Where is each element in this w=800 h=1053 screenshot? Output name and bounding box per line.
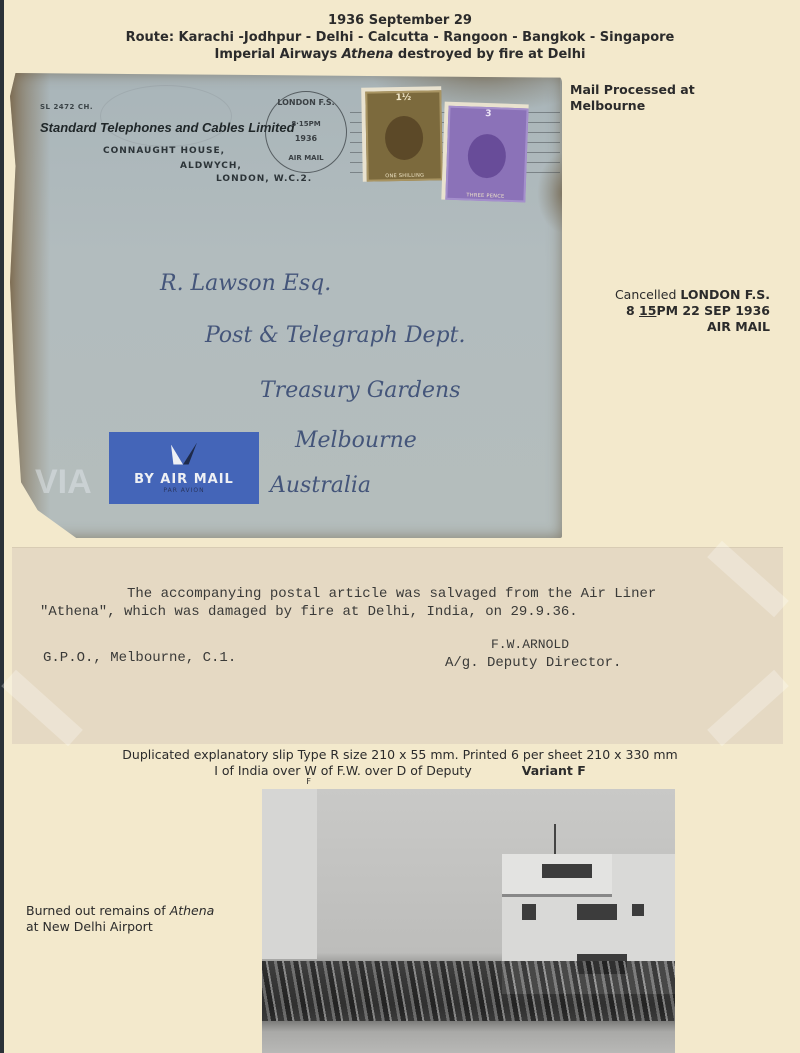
page-header: 1936 September 29 Route: Karachi -Jodhpu…: [100, 12, 700, 63]
airmail-text: BY AIR MAIL: [134, 473, 234, 487]
cancelled-time-prefix: 8: [626, 303, 639, 318]
cancelled-office: LONDON F.S.: [680, 287, 770, 302]
flagpole: [554, 824, 556, 856]
airmail-sub: PAR AVION: [163, 487, 204, 494]
slip-line-2: "Athena", which was damaged by fire at D…: [40, 604, 578, 620]
stamp-one-shilling: 1½ ONE SHILLING: [361, 86, 443, 181]
subtitle-aircraft: Athena: [342, 47, 394, 62]
stamp-label: ONE SHILLING: [385, 173, 424, 180]
slip-caption-line-1: Duplicated explanatory slip Type R size …: [90, 747, 710, 763]
addressee-country: Australia: [270, 473, 371, 498]
stamp-label: THREE PENCE: [466, 192, 504, 199]
slip-title: A/g. Deputy Director.: [445, 655, 621, 671]
addressee-street: Treasury Gardens: [260, 378, 461, 403]
header-route: Route: Karachi -Jodhpur - Delhi - Calcut…: [100, 29, 700, 46]
winged-logo-icon: [100, 85, 232, 147]
addressee-name: R. Lawson Esq.: [160, 271, 331, 296]
mount-corner: [707, 541, 789, 618]
stamp-value: 3: [485, 109, 492, 119]
king-portrait-icon: [467, 133, 507, 178]
cancelled-time-suffix: PM 22 SEP 1936: [656, 303, 770, 318]
subtitle-suffix: destroyed by fire at Delhi: [393, 47, 585, 62]
page-edge: [0, 0, 4, 1053]
addressee-dept: Post & Telegraph Dept.: [205, 323, 465, 348]
caption-prefix: I of India over: [214, 763, 304, 778]
slip-signatory: F.W.ARNOLD: [491, 637, 569, 652]
subtitle-prefix: Imperial Airways: [215, 47, 342, 62]
slip-caption: Duplicated explanatory slip Type R size …: [90, 747, 710, 779]
via-text: VIA: [35, 463, 92, 502]
photo-caption-line-2: at New Delhi Airport: [26, 919, 214, 935]
cancelled-service: AIR MAIL: [570, 319, 770, 335]
header-subtitle: Imperial Airways Athena destroyed by fir…: [100, 46, 700, 63]
stamp-three-pence: 3 THREE PENCE: [441, 102, 528, 203]
wings-icon: [169, 443, 199, 467]
photo-caption-aircraft: Athena: [170, 903, 215, 918]
postmark-year: 1936: [266, 134, 346, 143]
cancelled-label: Cancelled: [615, 287, 680, 302]
photo-fade: [262, 789, 317, 959]
envelope-address-line: CONNAUGHT HOUSE,: [103, 146, 225, 156]
slip-office: G.P.O., Melbourne, C.1.: [43, 650, 236, 666]
note-processed: Mail Processed at Melbourne: [570, 82, 770, 114]
postmark-office: LONDON F.S.: [266, 98, 346, 107]
caption-suffix: of F.W. over D of Deputy: [317, 763, 472, 778]
envelope-address-line: ALDWYCH,: [180, 161, 242, 171]
slip-caption-line-2: I of India over WF of F.W. over D of Dep…: [90, 763, 710, 779]
postmark-time: 8·15PM: [266, 120, 346, 128]
variant-label: Variant F: [522, 763, 586, 778]
airport-photo: [262, 789, 675, 1053]
envelope-image: SL 2472 CH. Standard Telephones and Cabl…: [10, 73, 562, 538]
aircraft-wreckage: [262, 961, 675, 1021]
mount-corner: [707, 670, 789, 747]
envelope-ref: SL 2472 CH.: [40, 103, 93, 111]
caption-w-mark: WF: [304, 763, 316, 779]
postmark: LONDON F.S. 8·15PM 1936 AIR MAIL: [265, 91, 347, 173]
postmark-service: AIR MAIL: [266, 154, 346, 162]
photo-caption: Burned out remains of Athena at New Delh…: [26, 903, 214, 935]
caption-f: F: [306, 774, 311, 790]
note-cancelled: Cancelled LONDON F.S. 8 15PM 22 SEP 1936…: [570, 287, 770, 335]
slip-line-1: The accompanying postal article was salv…: [127, 586, 656, 602]
header-date: 1936 September 29: [100, 12, 700, 29]
envelope-company: Standard Telephones and Cables Limited: [40, 120, 295, 135]
addressee-city: Melbourne: [295, 428, 417, 453]
explanatory-slip: The accompanying postal article was salv…: [12, 547, 783, 744]
stamp-value: 1½: [395, 93, 411, 103]
mount-corner: [1, 670, 83, 747]
airmail-label: BY AIR MAIL PAR AVION: [109, 432, 259, 504]
king-portrait-icon: [385, 116, 424, 161]
envelope-address-line: LONDON, W.C.2.: [216, 174, 312, 184]
photo-caption-prefix: Burned out remains of: [26, 903, 170, 918]
cancelled-time-minutes: 15: [639, 303, 656, 318]
